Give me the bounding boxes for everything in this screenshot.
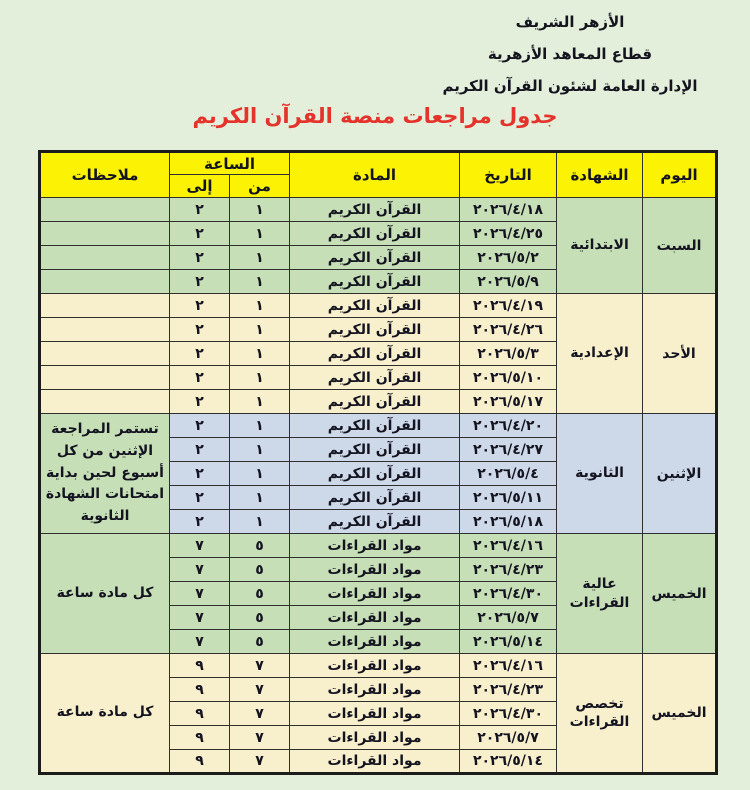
hour-from-cell: ٥ [230, 582, 290, 606]
hour-from-cell: ٧ [230, 678, 290, 702]
date-cell: ٢٠٢٦/٤/١٦ [460, 654, 557, 678]
subject-cell: القرآن الكريم [290, 414, 460, 438]
hour-from-cell: ١ [230, 198, 290, 222]
day-cell: السبت [643, 198, 717, 294]
hour-to-cell: ٧ [169, 582, 229, 606]
date-cell: ٢٠٢٦/٥/٣ [460, 342, 557, 366]
hour-to-cell: ٢ [169, 198, 229, 222]
date-cell: ٢٠٢٦/٥/١١ [460, 486, 557, 510]
notes-cell: تستمر المراجعة الإثنين من كل أسبوع لحين … [39, 414, 169, 534]
certificate-cell: الإعدادية [557, 294, 643, 414]
certificate-cell: الابتدائية [557, 198, 643, 294]
date-cell: ٢٠٢٦/٤/٢٠ [460, 414, 557, 438]
hour-from-cell: ٥ [230, 630, 290, 654]
notes-cell [39, 318, 169, 342]
date-cell: ٢٠٢٦/٤/٣٠ [460, 582, 557, 606]
day-cell: الأحد [643, 294, 717, 414]
date-cell: ٢٠٢٦/٥/١٤ [460, 630, 557, 654]
hour-from-cell: ٧ [230, 726, 290, 750]
subject-cell: القرآن الكريم [290, 270, 460, 294]
date-cell: ٢٠٢٦/٥/٤ [460, 462, 557, 486]
date-cell: ٢٠٢٦/٤/١٩ [460, 294, 557, 318]
hour-from-cell: ٧ [230, 702, 290, 726]
header-hour-from: من [230, 175, 290, 198]
date-cell: ٢٠٢٦/٥/١٠ [460, 366, 557, 390]
hour-from-cell: ٥ [230, 534, 290, 558]
schedule-table-body: السبتالابتدائية٢٠٢٦/٤/١٨القرآن الكريم١٢٢… [39, 198, 716, 774]
notes-cell: كل مادة ساعة [39, 654, 169, 774]
schedule-row: الإثنينالثانوية٢٠٢٦/٤/٢٠القرآن الكريم١٢ت… [39, 414, 716, 438]
subject-cell: مواد القراءات [290, 606, 460, 630]
hour-from-cell: ١ [230, 270, 290, 294]
hour-from-cell: ١ [230, 438, 290, 462]
subject-cell: القرآن الكريم [290, 342, 460, 366]
hour-from-cell: ١ [230, 390, 290, 414]
certificate-cell: الثانوية [557, 414, 643, 534]
hour-to-cell: ٩ [169, 750, 229, 774]
subject-cell: القرآن الكريم [290, 222, 460, 246]
header-date: التاريخ [460, 152, 557, 198]
notes-cell [39, 366, 169, 390]
schedule-row: الأحدالإعدادية٢٠٢٦/٤/١٩القرآن الكريم١٢ [39, 294, 716, 318]
date-cell: ٢٠٢٦/٥/١٨ [460, 510, 557, 534]
day-cell: الخميس [643, 534, 717, 654]
schedule-table-header: اليوم الشهادة التاريخ المادة الساعة ملاح… [39, 152, 716, 198]
notes-cell [39, 246, 169, 270]
schedule-row: الخميستخصص القراءات٢٠٢٦/٤/١٦مواد القراءا… [39, 654, 716, 678]
hour-to-cell: ٩ [169, 654, 229, 678]
date-cell: ٢٠٢٦/٤/٢٦ [460, 318, 557, 342]
hour-to-cell: ٢ [169, 318, 229, 342]
hour-from-cell: ١ [230, 342, 290, 366]
hour-from-cell: ٥ [230, 606, 290, 630]
notes-cell [39, 342, 169, 366]
hour-to-cell: ٧ [169, 558, 229, 582]
date-cell: ٢٠٢٦/٤/٢٣ [460, 678, 557, 702]
header-notes: ملاحظات [39, 152, 169, 198]
hour-to-cell: ٢ [169, 390, 229, 414]
subject-cell: مواد القراءات [290, 726, 460, 750]
hour-from-cell: ١ [230, 366, 290, 390]
subject-cell: مواد القراءات [290, 534, 460, 558]
subject-cell: مواد القراءات [290, 750, 460, 774]
header-subject: المادة [290, 152, 460, 198]
date-cell: ٢٠٢٦/٥/٧ [460, 726, 557, 750]
hour-to-cell: ٢ [169, 438, 229, 462]
subject-cell: القرآن الكريم [290, 462, 460, 486]
date-cell: ٢٠٢٦/٤/٣٠ [460, 702, 557, 726]
subject-cell: مواد القراءات [290, 654, 460, 678]
notes-cell: كل مادة ساعة [39, 534, 169, 654]
date-cell: ٢٠٢٦/٥/٧ [460, 606, 557, 630]
hour-to-cell: ٢ [169, 366, 229, 390]
subject-cell: مواد القراءات [290, 582, 460, 606]
date-cell: ٢٠٢٦/٤/١٦ [460, 534, 557, 558]
hour-to-cell: ٢ [169, 246, 229, 270]
hour-to-cell: ٧ [169, 534, 229, 558]
date-cell: ٢٠٢٦/٥/٢ [460, 246, 557, 270]
hour-from-cell: ٧ [230, 750, 290, 774]
hour-to-cell: ٧ [169, 630, 229, 654]
header-hour-to: إلى [169, 175, 229, 198]
date-cell: ٢٠٢٦/٤/٢٣ [460, 558, 557, 582]
hour-from-cell: ١ [230, 486, 290, 510]
day-cell: الخميس [643, 654, 717, 774]
hour-from-cell: ١ [230, 414, 290, 438]
hour-to-cell: ٢ [169, 486, 229, 510]
subject-cell: القرآن الكريم [290, 510, 460, 534]
hour-to-cell: ٩ [169, 702, 229, 726]
hour-from-cell: ٥ [230, 558, 290, 582]
letterhead-line-3: الإدارة العامة لشئون القرآن الكريم [410, 70, 730, 102]
schedule-row: الخميسعالية القراءات٢٠٢٦/٤/١٦مواد القراء… [39, 534, 716, 558]
hour-to-cell: ٧ [169, 606, 229, 630]
notes-cell [39, 198, 169, 222]
subject-cell: القرآن الكريم [290, 246, 460, 270]
subject-cell: مواد القراءات [290, 558, 460, 582]
hour-to-cell: ٢ [169, 222, 229, 246]
notes-cell [39, 270, 169, 294]
header-certificate: الشهادة [557, 152, 643, 198]
page-title: جدول مراجعات منصة القرآن الكريم [0, 104, 750, 128]
certificate-cell: عالية القراءات [557, 534, 643, 654]
certificate-cell: تخصص القراءات [557, 654, 643, 774]
hour-to-cell: ٢ [169, 270, 229, 294]
subject-cell: القرآن الكريم [290, 486, 460, 510]
hour-from-cell: ١ [230, 510, 290, 534]
header-day: اليوم [643, 152, 717, 198]
date-cell: ٢٠٢٦/٥/١٧ [460, 390, 557, 414]
page: { "page": { "background": "#e3efdb" }, "… [0, 0, 750, 790]
day-cell: الإثنين [643, 414, 717, 534]
schedule-table: اليوم الشهادة التاريخ المادة الساعة ملاح… [38, 150, 718, 775]
date-cell: ٢٠٢٦/٤/٢٧ [460, 438, 557, 462]
letterhead-line-2: قطاع المعاهد الأزهرية [410, 38, 730, 70]
subject-cell: القرآن الكريم [290, 294, 460, 318]
date-cell: ٢٠٢٦/٤/١٨ [460, 198, 557, 222]
notes-cell [39, 294, 169, 318]
header-hour: الساعة [169, 152, 289, 175]
hour-to-cell: ٩ [169, 678, 229, 702]
subject-cell: القرآن الكريم [290, 318, 460, 342]
date-cell: ٢٠٢٦/٤/٢٥ [460, 222, 557, 246]
hour-to-cell: ٩ [169, 726, 229, 750]
date-cell: ٢٠٢٦/٥/٩ [460, 270, 557, 294]
subject-cell: مواد القراءات [290, 678, 460, 702]
hour-to-cell: ٢ [169, 510, 229, 534]
hour-from-cell: ١ [230, 294, 290, 318]
subject-cell: القرآن الكريم [290, 366, 460, 390]
subject-cell: القرآن الكريم [290, 198, 460, 222]
hour-to-cell: ٢ [169, 414, 229, 438]
notes-cell [39, 390, 169, 414]
hour-from-cell: ١ [230, 318, 290, 342]
schedule-row: السبتالابتدائية٢٠٢٦/٤/١٨القرآن الكريم١٢ [39, 198, 716, 222]
hour-from-cell: ١ [230, 462, 290, 486]
hour-from-cell: ١ [230, 246, 290, 270]
hour-to-cell: ٢ [169, 294, 229, 318]
subject-cell: القرآن الكريم [290, 390, 460, 414]
hour-to-cell: ٢ [169, 462, 229, 486]
letterhead: الأزهر الشريف قطاع المعاهد الأزهرية الإد… [410, 6, 730, 102]
hour-from-cell: ٧ [230, 654, 290, 678]
subject-cell: مواد القراءات [290, 702, 460, 726]
subject-cell: مواد القراءات [290, 630, 460, 654]
hour-from-cell: ١ [230, 222, 290, 246]
date-cell: ٢٠٢٦/٥/١٤ [460, 750, 557, 774]
notes-cell [39, 222, 169, 246]
letterhead-line-1: الأزهر الشريف [410, 6, 730, 38]
hour-to-cell: ٢ [169, 342, 229, 366]
subject-cell: القرآن الكريم [290, 438, 460, 462]
